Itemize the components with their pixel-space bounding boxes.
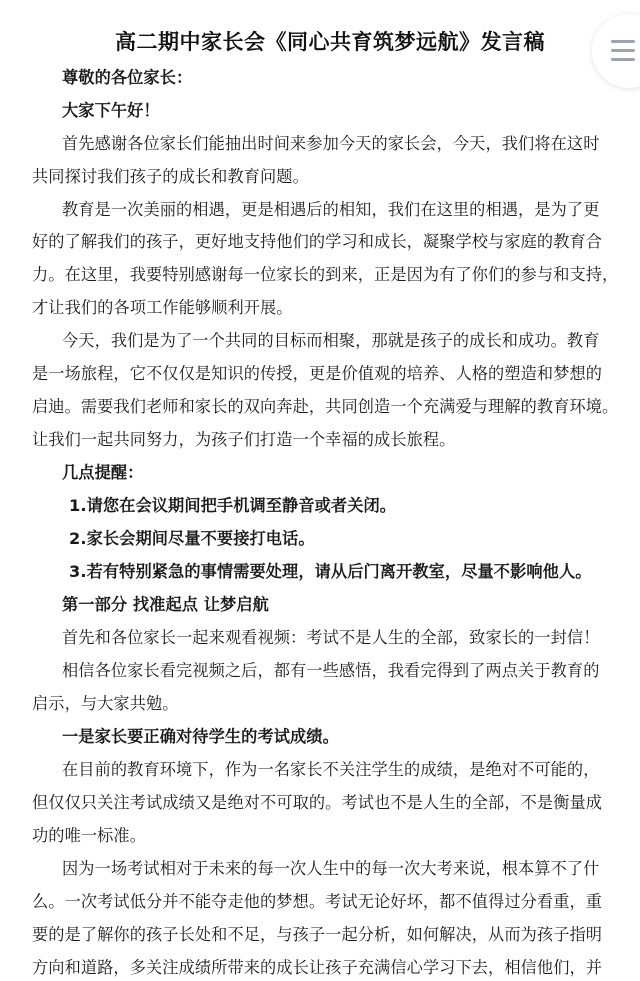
document-heading-line: 2.家长会期间尽量不要接打电话。	[69, 529, 640, 549]
document-heading-line: 大家下午好！	[62, 101, 640, 121]
document-text-line: 力。在这里，我要特别感谢每一位家长的到来，正是因为有了你们的参与和支持，	[32, 265, 622, 285]
document-text-line: 才让我们的各项工作能够顺利开展。	[32, 298, 622, 318]
document-text-line: 启示，与大家共勉。	[32, 694, 622, 714]
document-heading-line: 第一部分 找准起点 让梦启航	[62, 595, 640, 615]
document-text-line: 好的了解我们的孩子，更好地支持他们的学习和成长，凝聚学校与家庭的教育合	[32, 232, 622, 252]
document-text-line: 首先和各位家长一起来观看视频：考试不是人生的全部，致家长的一封信！	[62, 628, 640, 648]
document-text-line: 相信各位家长看完视频之后，都有一些感悟，我看完得到了两点关于教育的	[62, 661, 640, 681]
hamburger-menu-icon	[611, 40, 635, 67]
document-text-line: 是一场旅程，它不仅仅是知识的传授，更是价值观的培养、人格的塑造和梦想的	[32, 364, 622, 384]
document-heading-line: 3.若有特别紧急的事情需要处理，请从后门离开教室，尽量不影响他人。	[69, 562, 640, 582]
document-heading-line: 1.请您在会议期间把手机调至静音或者关闭。	[69, 496, 640, 516]
document-text-line: 么。一次考试低分并不能夺走他的梦想。考试无论好坏，都不值得过分看重，重	[32, 892, 622, 912]
document-text-line: 在目前的教育环境下，作为一名家长不关注学生的成绩，是绝对不可能的，	[62, 760, 640, 780]
document-heading-line: 一是家长要正确对待学生的考试成绩。	[62, 727, 640, 747]
document-text-line: 但仅仅只关注考试成绩又是绝对不可取的。考试也不是人生的全部，不是衡量成	[32, 793, 622, 813]
document-text-line: 让我们一起共同努力，为孩子们打造一个幸福的成长旅程。	[32, 430, 622, 450]
document-text-line: 共同探讨我们孩子的成长和教育问题。	[32, 167, 622, 187]
document-heading-line: 几点提醒：	[62, 463, 640, 483]
document-text-line: 教育是一次美丽的相遇，更是相遇后的相知，我们在这里的相遇，是为了更	[62, 200, 640, 220]
document-text-line: 首先感谢各位家长们能抽出时间来参加今天的家长会，今天，我们将在这时	[62, 134, 640, 154]
document-text-line: 功的唯一标准。	[32, 826, 622, 846]
document-title: 高二期中家长会《同心共育筑梦远航》发言稿	[0, 26, 640, 56]
document-heading-line: 尊敬的各位家长：	[62, 68, 640, 88]
document-text-line: 今天，我们是为了一个共同的目标而相聚，那就是孩子的成长和成功。教育	[62, 331, 640, 351]
document-text-line: 启迪。需要我们老师和家长的双向奔赴，共同创造一个充满爱与理解的教育环境。	[32, 397, 622, 417]
document-text-line: 方向和道路，多关注成绩所带来的成长让孩子充满信心学习下去，相信他们，并	[32, 958, 622, 978]
document-text-line: 因为一场考试相对于未来的每一次人生中的每一次大考来说，根本算不了什	[62, 859, 640, 879]
document-text-line: 要的是了解你的孩子长处和不足，与孩子一起分析，如何解决，从而为孩子指明	[32, 925, 622, 945]
